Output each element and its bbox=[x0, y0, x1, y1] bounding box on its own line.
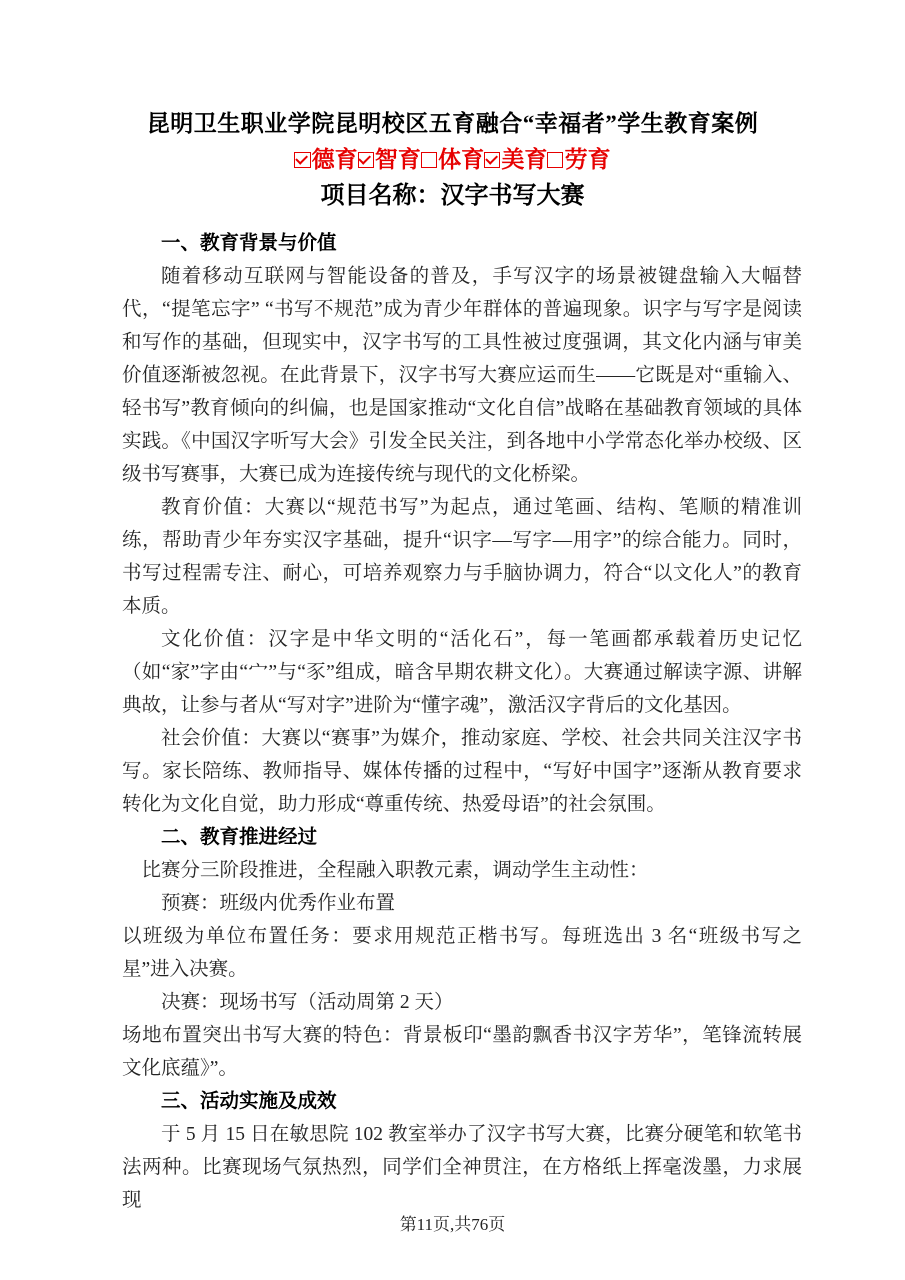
section-heading: 二、教育推进经过 bbox=[122, 821, 802, 854]
section-heading: 三、活动实施及成效 bbox=[122, 1085, 802, 1118]
education-field: 劳育 bbox=[547, 147, 610, 172]
checked-checkbox-icon bbox=[294, 152, 310, 168]
education-field-label: 劳育 bbox=[565, 147, 611, 172]
checked-checkbox-icon bbox=[358, 152, 374, 168]
education-field-label: 德育 bbox=[312, 147, 358, 172]
document-header: 昆明卫生职业学院昆明校区五育融合“幸福者”学生教育案例 德育智育体育美育劳育 项… bbox=[0, 106, 905, 216]
paragraph: 预赛：班级内优秀作业布置 bbox=[122, 887, 802, 920]
paragraph: 场地布置突出书写大赛的特色：背景板印“墨韵飘香书汉字芳华”，笔锋流转展文化底蕴》… bbox=[122, 1019, 802, 1085]
education-field-label: 美育 bbox=[501, 147, 547, 172]
education-field-list: 德育智育体育美育劳育 bbox=[0, 142, 905, 177]
checked-checkbox-icon bbox=[484, 152, 500, 168]
unchecked-checkbox-icon bbox=[421, 152, 437, 168]
project-title: 项目名称：汉字书写大赛 bbox=[0, 177, 905, 216]
education-field: 美育 bbox=[484, 147, 547, 172]
document-body: 一、教育背景与价值随着移动互联网与智能设备的普及，手写汉字的场景被键盘输入大幅替… bbox=[122, 227, 802, 1217]
education-field: 德育 bbox=[294, 147, 357, 172]
education-field-label: 智育 bbox=[375, 147, 421, 172]
unchecked-checkbox-icon bbox=[547, 152, 563, 168]
education-field: 体育 bbox=[421, 147, 484, 172]
paragraph: 以班级为单位布置任务：要求用规范正楷书写。每班选出 3 名“班级书写之星”进入决… bbox=[122, 920, 802, 986]
paragraph: 文化价值：汉字是中华文明的“活化石”，每一笔画都承载着历史记忆（如“家”字由“宀… bbox=[122, 623, 802, 722]
paragraph: 决赛：现场书写（活动周第 2 天） bbox=[122, 986, 802, 1019]
document-title: 昆明卫生职业学院昆明校区五育融合“幸福者”学生教育案例 bbox=[0, 106, 905, 142]
paragraph: 比赛分三阶段推进，全程融入职教元素，调动学生主动性： bbox=[122, 854, 802, 887]
document-page: 昆明卫生职业学院昆明校区五育融合“幸福者”学生教育案例 德育智育体育美育劳育 项… bbox=[0, 0, 905, 1217]
education-field-label: 体育 bbox=[438, 147, 484, 172]
page-footer: 第11页,共76页 bbox=[0, 1210, 905, 1235]
paragraph: 教育价值：大赛以“规范书写”为起点，通过笔画、结构、笔顺的精准训练，帮助青少年夯… bbox=[122, 491, 802, 623]
paragraph: 随着移动互联网与智能设备的普及，手写汉字的场景被键盘输入大幅替代，“提笔忘字” … bbox=[122, 260, 802, 491]
paragraph: 于 5 月 15 日在敏思院 102 教室举办了汉字书写大赛，比赛分硬笔和软笔书… bbox=[122, 1118, 802, 1217]
section-heading: 一、教育背景与价值 bbox=[122, 227, 802, 260]
education-field: 智育 bbox=[358, 147, 421, 172]
paragraph: 社会价值：大赛以“赛事”为媒介，推动家庭、学校、社会共同关注汉字书写。家长陪练、… bbox=[122, 722, 802, 821]
